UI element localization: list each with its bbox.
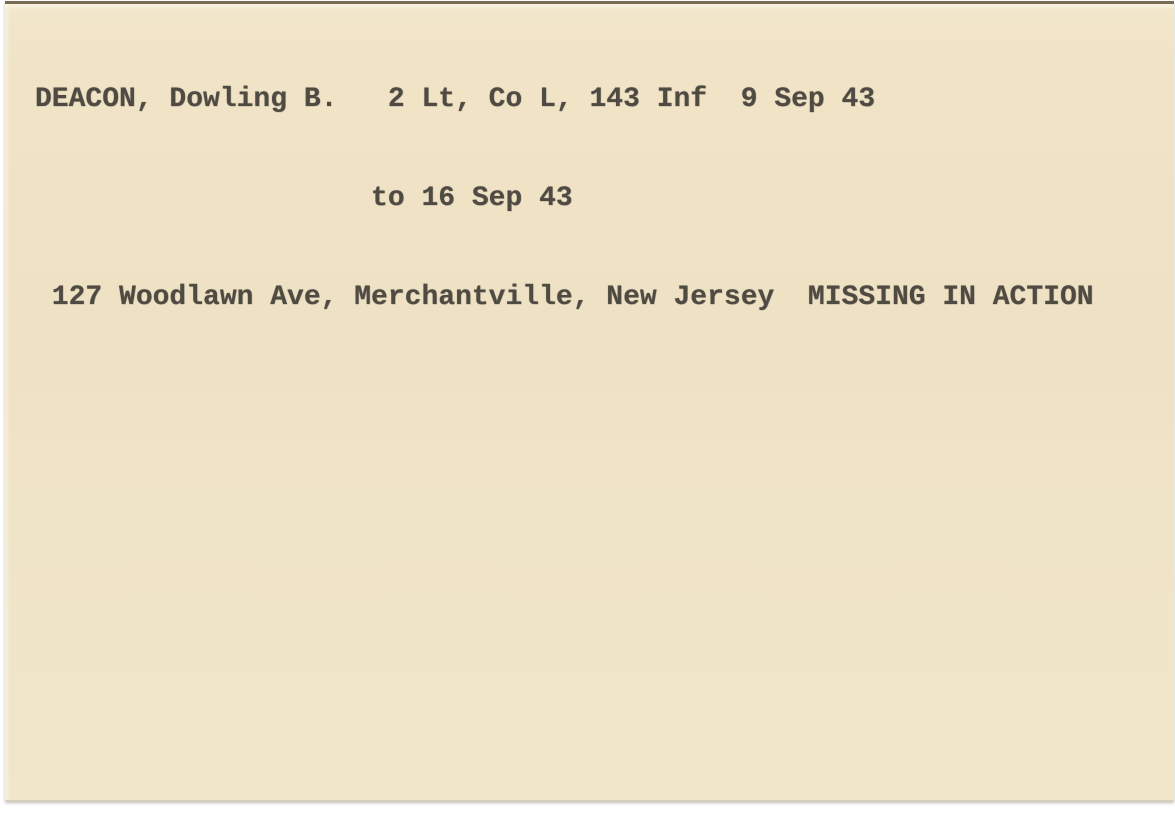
typed-line-date-range: to 16 Sep 43 bbox=[35, 182, 1094, 215]
typed-line-address-status: 127 Woodlawn Ave, Merchantville, New Jer… bbox=[35, 281, 1094, 314]
index-card: DEACON, Dowling B. 2 Lt, Co L, 143 Inf 9… bbox=[5, 1, 1174, 801]
typed-text-block: DEACON, Dowling B. 2 Lt, Co L, 143 Inf 9… bbox=[35, 17, 1094, 380]
scan-background: DEACON, Dowling B. 2 Lt, Co L, 143 Inf 9… bbox=[0, 0, 1175, 813]
typed-line-name-unit-date: DEACON, Dowling B. 2 Lt, Co L, 143 Inf 9… bbox=[35, 83, 1094, 116]
